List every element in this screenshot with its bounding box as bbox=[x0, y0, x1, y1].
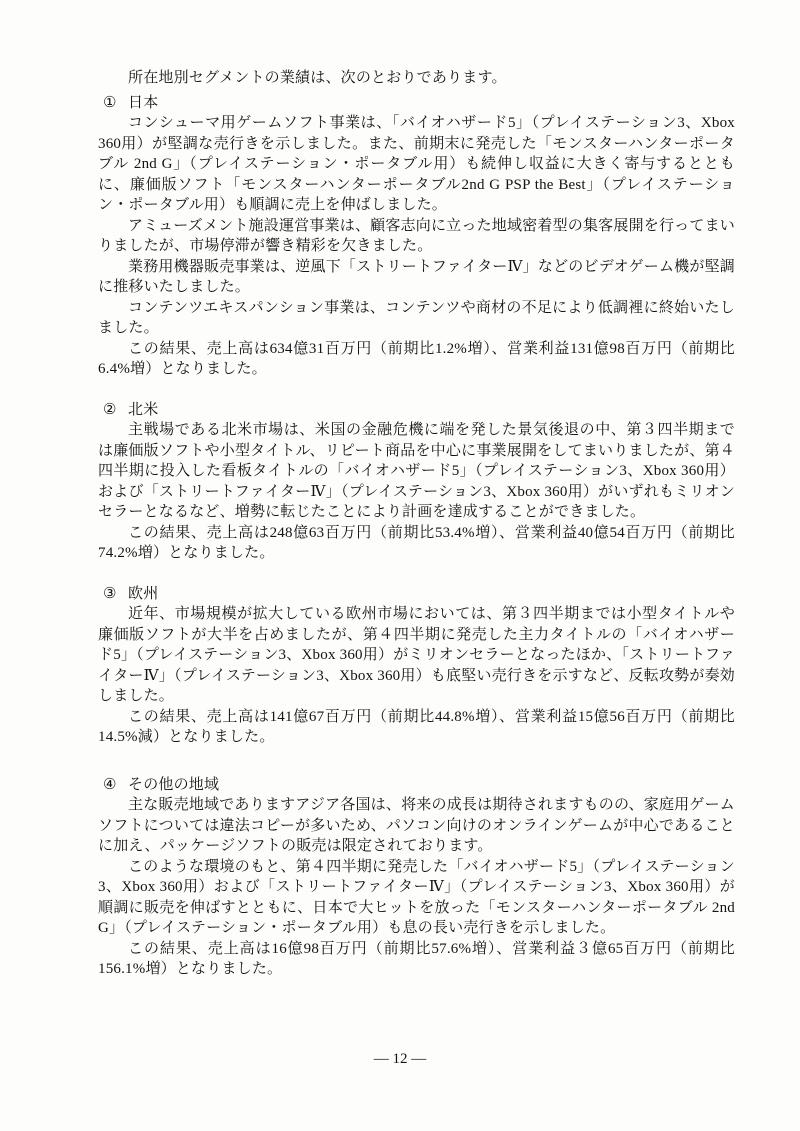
paragraph: この結果、売上高は248億63百万円（前期比53.4%増）、営業利益40億54百… bbox=[98, 523, 735, 564]
document-page: 所在地別セグメントの業績は、次のとおりであります。 ① 日本 コンシューマ用ゲー… bbox=[0, 0, 800, 1131]
section-heading: ② 北米 bbox=[98, 400, 735, 421]
paragraph: アミューズメント施設運営事業は、顧客志向に立った地域密着型の集客展開を行ってまい… bbox=[98, 216, 735, 257]
section-other-regions: ④ その他の地域 主な販売地域でありますアジア各国は、将来の成長は期待されますも… bbox=[98, 775, 735, 980]
paragraph: 主戦場である北米市場は、米国の金融危機に端を発した景気後退の中、第３四半期までは… bbox=[98, 420, 735, 523]
section-number: ③ bbox=[103, 584, 128, 605]
section-title: その他の地域 bbox=[128, 775, 219, 796]
section-heading: ① 日本 bbox=[98, 93, 735, 114]
paragraph: この結果、売上高は141億67百万円（前期比44.8%増）、営業利益15億56百… bbox=[98, 707, 735, 748]
section-title: 欧州 bbox=[128, 584, 158, 605]
document-body: 所在地別セグメントの業績は、次のとおりであります。 ① 日本 コンシューマ用ゲー… bbox=[98, 68, 735, 980]
paragraph: コンシューマ用ゲームソフト事業は、「バイオハザード5」（プレイステーション3、X… bbox=[98, 113, 735, 216]
paragraph: このような環境のもと、第４四半期に発売した「バイオハザード5」（プレイステーショ… bbox=[98, 857, 735, 939]
paragraph: コンテンツエキスパンション事業は、コンテンツや商材の不足により低調裡に終始いたし… bbox=[98, 298, 735, 339]
page-number: — 12 — bbox=[0, 1051, 800, 1068]
section-heading: ③ 欧州 bbox=[98, 584, 735, 605]
paragraph: 近年、市場規模が拡大している欧州市場においては、第３四半期までは小型タイトルや廉… bbox=[98, 604, 735, 707]
section-north-america: ② 北米 主戦場である北米市場は、米国の金融危機に端を発した景気後退の中、第３四… bbox=[98, 400, 735, 564]
section-number: ① bbox=[103, 93, 128, 114]
section-title: 北米 bbox=[128, 400, 158, 421]
intro-text: 所在地別セグメントの業績は、次のとおりであります。 bbox=[98, 68, 735, 89]
section-number: ④ bbox=[103, 775, 128, 796]
section-number: ② bbox=[103, 400, 128, 421]
section-heading: ④ その他の地域 bbox=[98, 775, 735, 796]
paragraph: この結果、売上高は634億31百万円（前期比1.2%増）、営業利益131億98百… bbox=[98, 339, 735, 380]
section-title: 日本 bbox=[128, 93, 158, 114]
paragraph: 業務用機器販売事業は、逆風下「ストリートファイターⅣ」などのビデオゲーム機が堅調… bbox=[98, 257, 735, 298]
section-japan: ① 日本 コンシューマ用ゲームソフト事業は、「バイオハザード5」（プレイステーシ… bbox=[98, 93, 735, 380]
section-europe: ③ 欧州 近年、市場規模が拡大している欧州市場においては、第３四半期までは小型タ… bbox=[98, 584, 735, 748]
paragraph: この結果、売上高は16億98百万円（前期比57.6%増）、営業利益３億65百万円… bbox=[98, 939, 735, 980]
paragraph: 主な販売地域でありますアジア各国は、将来の成長は期待されますものの、家庭用ゲーム… bbox=[98, 795, 735, 857]
